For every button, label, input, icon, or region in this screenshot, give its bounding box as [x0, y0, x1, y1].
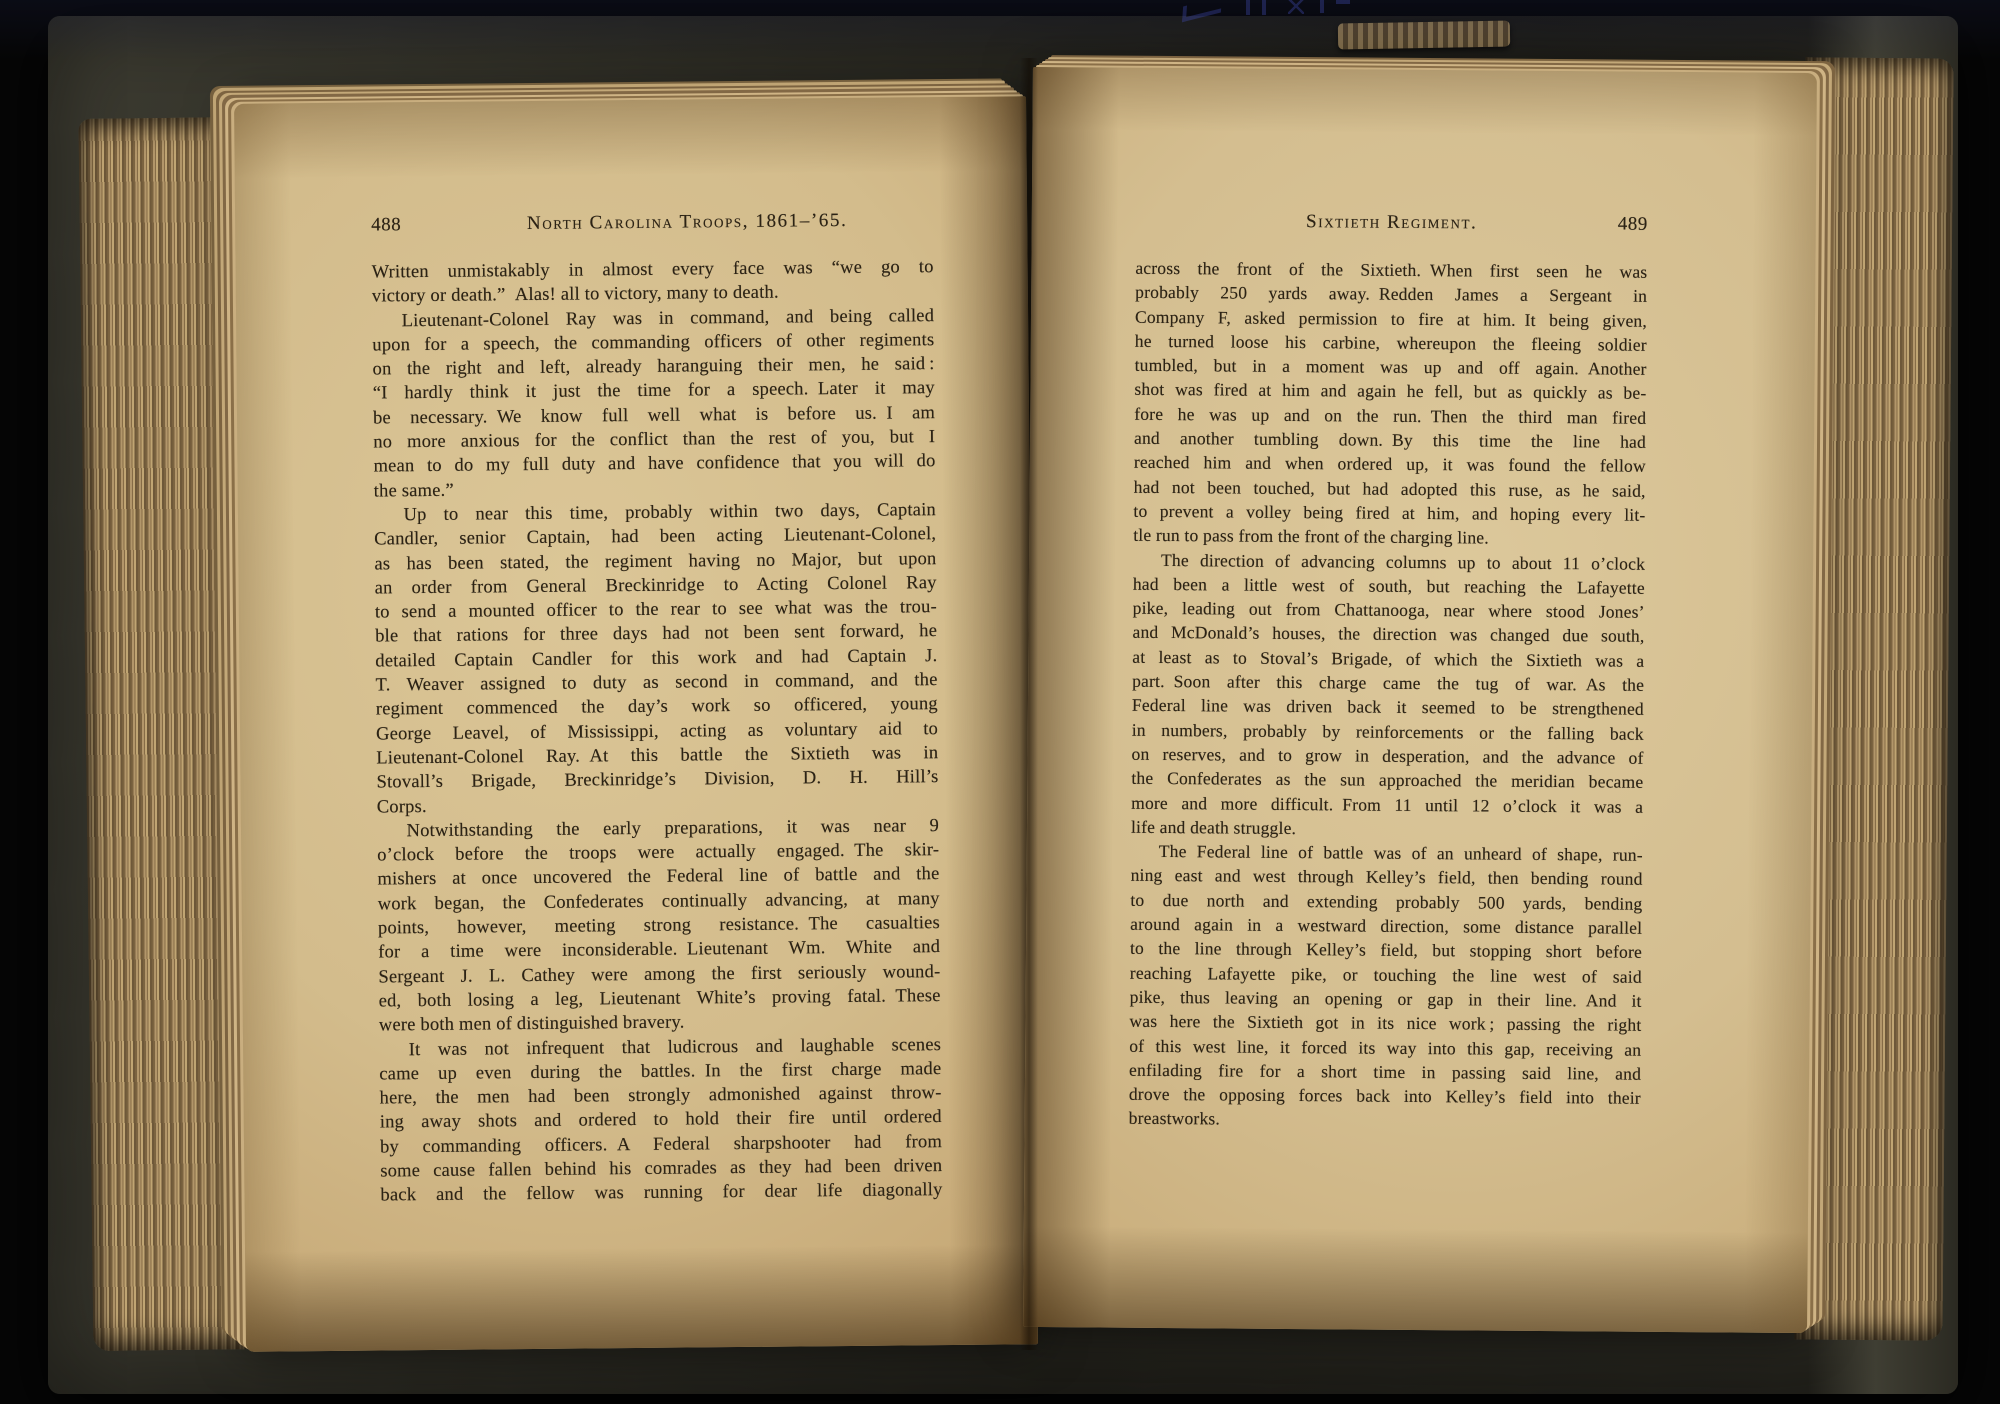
text-line: of this west line, it forced its way int…: [1129, 1033, 1641, 1061]
faint-blue-marking: [1262, 0, 1266, 15]
page-number: 488: [371, 214, 441, 237]
text-line: shot was fired at him and again he fell,…: [1134, 377, 1646, 405]
paragraph: The direction of advancing columns up to…: [1131, 547, 1645, 843]
book-scan-photo: 488 North Carolina Troops, 1861–’65. Wri…: [0, 0, 2000, 1404]
text-line: breastworks.: [1129, 1106, 1641, 1134]
paragraph: It was not infrequent that ludicrous and…: [379, 1033, 943, 1208]
text-line: back and the fellow was running for dear…: [380, 1178, 942, 1208]
faint-blue-marking: [1336, 0, 1350, 4]
right-page: Sixtieth Regiment. 489 across the front …: [1023, 67, 1817, 1333]
running-header-title: Sixtieth Regiment.: [1136, 210, 1578, 235]
text-line: reached him and when ordered up, it was …: [1134, 450, 1646, 478]
text-line: and McDonald’s houses, the direction was…: [1132, 620, 1644, 648]
text-line: to the line through Kelley’s field, but …: [1130, 936, 1642, 964]
paragraph: Up to near this time, probably within tw…: [374, 498, 939, 819]
faint-blue-marking: [1320, 0, 1324, 13]
faint-blue-marking: [1246, 0, 1250, 15]
paragraph: The Federal line of battle was of an unh…: [1129, 839, 1643, 1135]
left-page-text-column: 488 North Carolina Troops, 1861–’65. Wri…: [371, 209, 943, 1208]
faint-blue-marking: [1288, 0, 1304, 14]
text-line: the Confederates as the sun approached t…: [1131, 766, 1643, 794]
paragraph: across the front of the Sixtieth. When f…: [1133, 256, 1647, 552]
left-running-header: 488 North Carolina Troops, 1861–’65.: [371, 209, 933, 240]
left-page: 488 North Carolina Troops, 1861–’65. Wri…: [234, 96, 1038, 1352]
text-line: ning east and west through Kelley’s fiel…: [1131, 863, 1643, 891]
paragraph: Notwithstanding the early preparations, …: [377, 814, 941, 1038]
running-header-title: North Carolina Troops, 1861–’65.: [441, 209, 933, 236]
left-page-body: Written unmistakably in almost every fac…: [372, 255, 943, 1208]
right-running-header: Sixtieth Regiment. 489: [1136, 210, 1648, 240]
text-line: probably 250 yards away. Redden James a …: [1135, 280, 1647, 308]
text-line: tle run to pass from the front of the ch…: [1133, 523, 1645, 551]
text-line: Federal line was driven back it seemed t…: [1132, 693, 1644, 721]
left-page-edge-stack: [78, 117, 255, 1351]
paragraph: Written unmistakably in almost every fac…: [372, 255, 934, 309]
right-page-edge-stack: [1794, 57, 1953, 1340]
page-number: 489: [1578, 213, 1648, 236]
text-line: was here the Sixtieth got in its nice wo…: [1129, 1009, 1641, 1037]
paragraph: Lieutenant-Colonel Ray was in command, a…: [372, 304, 936, 504]
right-page-text-column: Sixtieth Regiment. 489 across the front …: [1129, 210, 1648, 1135]
right-page-body: across the front of the Sixtieth. When f…: [1129, 256, 1648, 1135]
spine-headband: [1338, 21, 1510, 50]
